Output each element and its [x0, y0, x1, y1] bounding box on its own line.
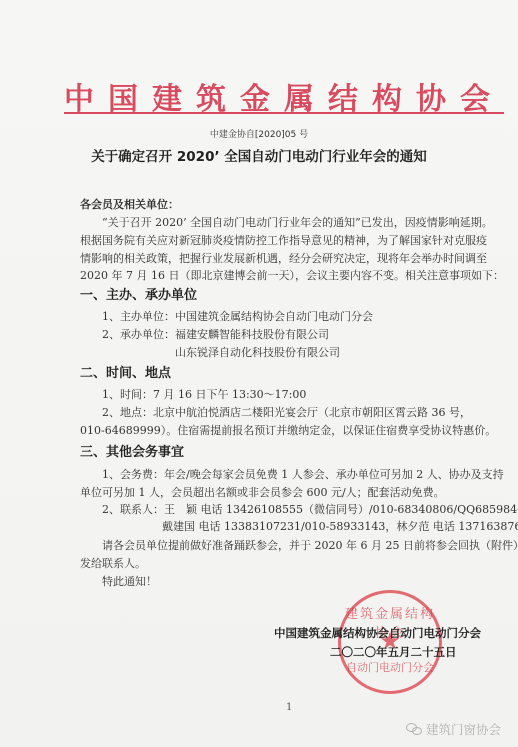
watermark-text: 建筑门窗协会	[426, 720, 501, 738]
signature-date: 二〇二〇年五月二十五日	[330, 644, 457, 660]
section-line: 单位可另加 1 人，会员超出名额或非会员参会 600 元/人；配套活动免费。	[80, 486, 445, 500]
intro-line: 根据国务院有关应对新冠肺炎疫情防控工作指导意见的精神，为了解国家针对克服疫	[80, 234, 487, 248]
contact-line: 戴建国 电话 13383107231/010-58933143，林夕范 电话 1…	[162, 520, 518, 534]
section-line: 1、会务费：年会/晚会每家会员免费 1 人参会、承办单位可另加 2 人、协办及支…	[102, 468, 504, 482]
document-number: 中建金协自[2020]05 号	[0, 127, 518, 140]
section-line: 2、承办单位：福建安麟智能科技股份有限公司	[102, 328, 329, 342]
document-page: 中国建筑金属结构协会 中建金协自[2020]05 号 关于确定召开 2020’ …	[0, 0, 518, 747]
seal-bottom-text: 自动门电动门分会	[341, 659, 439, 675]
section-heading-other: 三、其他会务事宜	[80, 446, 184, 460]
section-line: 山东锐泽自动化科技股份有限公司	[175, 346, 340, 360]
wechat-watermark: 建筑门窗协会	[406, 720, 501, 738]
section-line: 1、主办单位：中国建筑金属结构协会自动门电动门分会	[102, 310, 373, 324]
section-line: 010-64689999）。住宿需提前报名预订并缴纳定金，以保证住宿费享受协议特…	[80, 424, 496, 438]
closing-line: 请各会员单位提前做好准备踊跃参会，并于 2020 年 6 月 25 日前将参会回…	[102, 539, 518, 553]
document-title: 关于确定召开 2020’ 全国自动门电动门行业年会的通知	[0, 145, 518, 165]
section-heading-organizers: 一、主办、承办单位	[80, 289, 197, 303]
letterhead-divider	[64, 112, 504, 114]
closing-line: 发给联系人。	[80, 557, 146, 571]
section-line: 2、地点：北京中航泊悦酒店二楼阳光宴会厅（北京市朝阳区霄云路 36 号，	[102, 406, 471, 420]
intro-line: 2020 年 7 月 16 日（即北京建博会前一天），会议主要内容不变。相关注意…	[80, 269, 504, 283]
contact-line: 2、联系人：王 颖 电话 13426108555（微信同号）/010-68340…	[102, 503, 518, 517]
page-number: 1	[286, 702, 292, 713]
wechat-icon	[406, 723, 422, 735]
intro-line: 情影响的相关政策，把握行业发展新机遇，经分会研究决定，现将年会举办时间调至	[80, 252, 487, 266]
section-heading-time-place: 二、时间、地点	[80, 367, 171, 381]
section-line: 1、时间：7 月 16 日下午 13:30～17:00	[102, 388, 306, 402]
signature-org: 中国建筑金属结构协会自动门电动门分会	[274, 625, 481, 641]
official-seal: 建筑金属结构协会 ★ 自动门电动门分会	[338, 590, 442, 694]
final-notice: 特此通知！	[102, 575, 157, 589]
intro-line: “关于召开 2020’ 全国自动门电动门行业年会的通知”已发出，因疫情影响延期。	[102, 216, 493, 230]
salutation: 各会员及相关单位：	[80, 198, 179, 212]
